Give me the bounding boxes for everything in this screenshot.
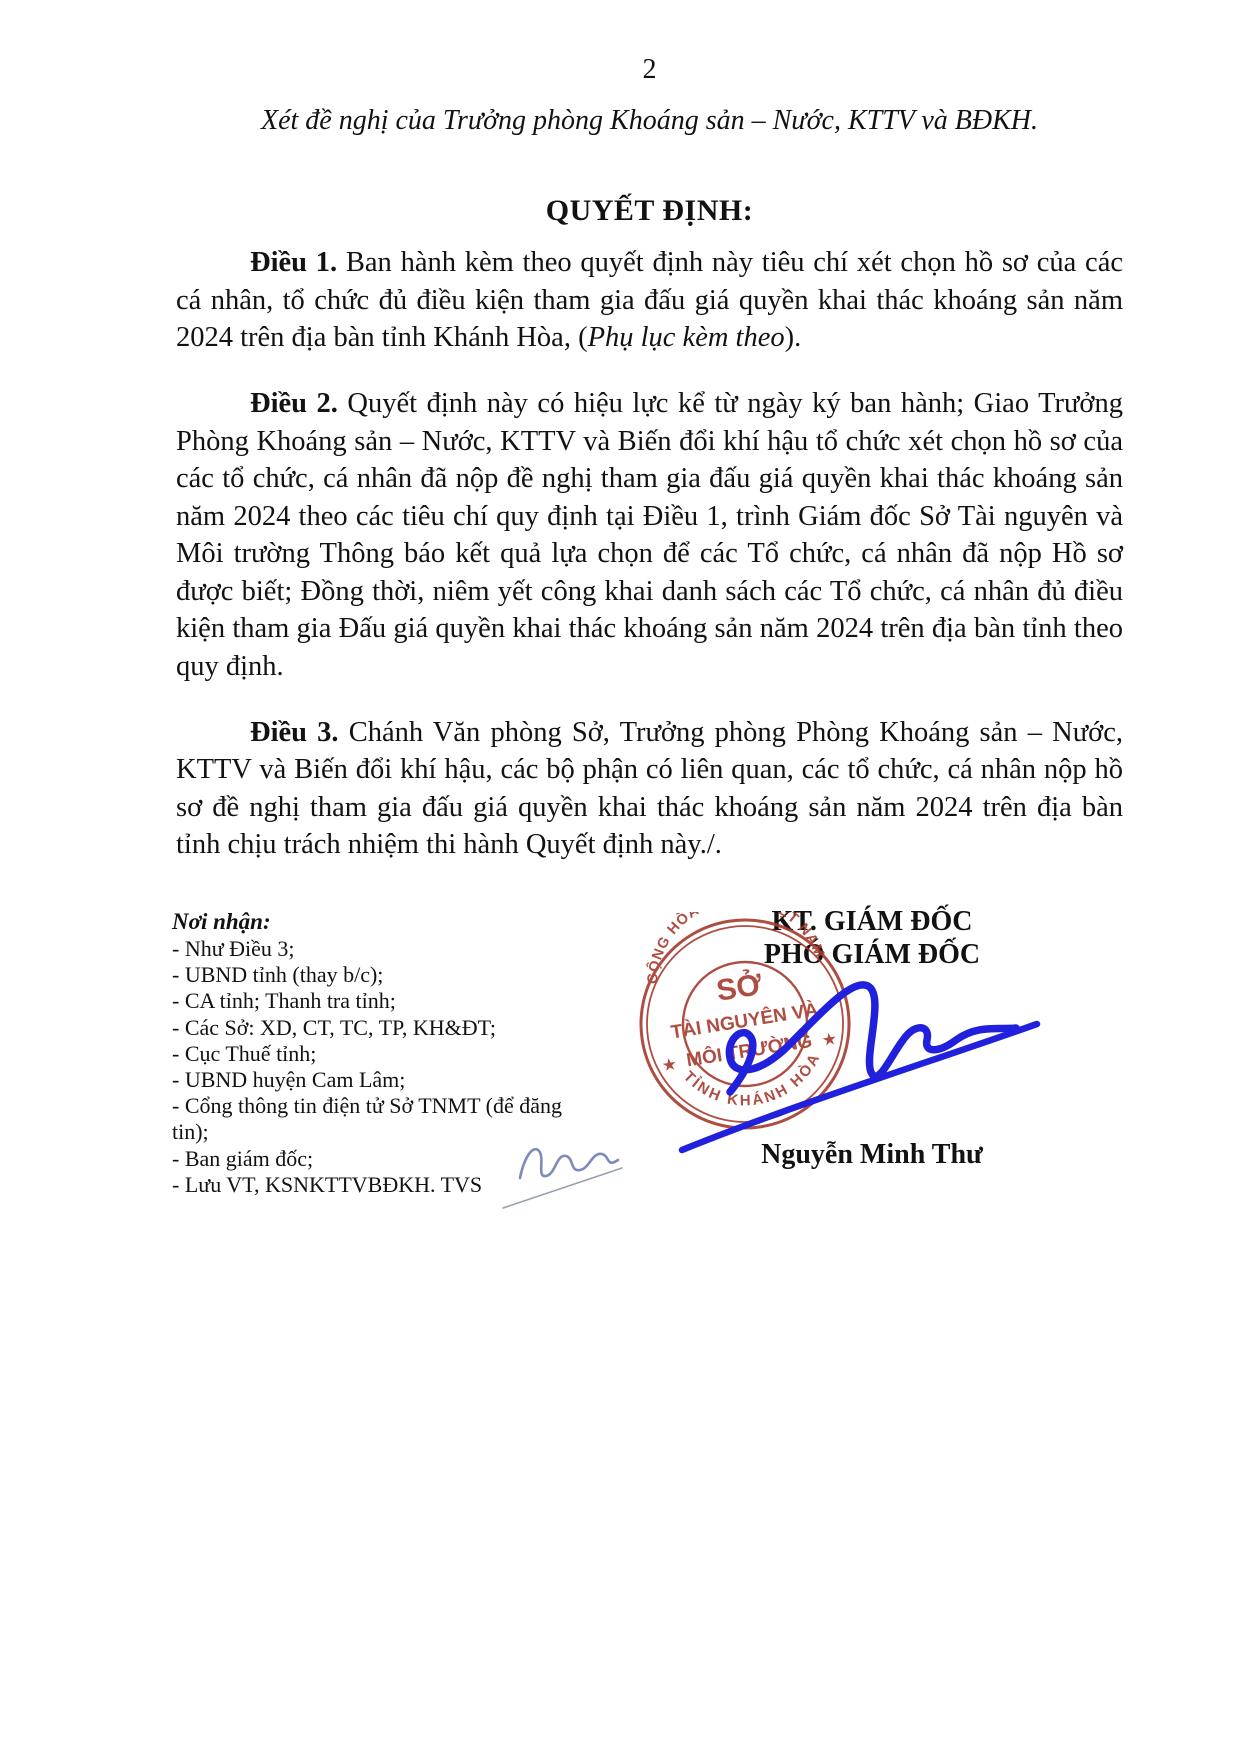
article-1-italic: Phụ lục kèm theo	[588, 322, 785, 353]
document-page: 2 Xét đề nghị của Trưởng phòng Khoáng sả…	[0, 0, 1240, 1755]
article-1-tail: ).	[785, 322, 802, 353]
director-signature-flourish	[729, 985, 1016, 1092]
article-3-label: Điều 3.	[250, 717, 339, 748]
page-number: 2	[176, 54, 1123, 86]
document-body: 2 Xét đề nghị của Trưởng phòng Khoáng sả…	[0, 0, 1240, 864]
article-2: Điều 2. Quyết định này có hiệu lực kể từ…	[176, 385, 1123, 685]
article-1: Điều 1. Ban hành kèm theo quyết định này…	[176, 244, 1123, 357]
article-3: Điều 3. Chánh Văn phòng Sở, Trưởng phòng…	[176, 714, 1123, 864]
article-2-text: Quyết định này có hiệu lực kể từ ngày ký…	[176, 388, 1123, 682]
document-title: QUYẾT ĐỊNH:	[176, 194, 1123, 228]
signatures-overlay	[440, 880, 1060, 1210]
article-2-label: Điều 2.	[250, 388, 338, 419]
article-1-label: Điều 1.	[250, 247, 337, 278]
preamble-line: Xét đề nghị của Trưởng phòng Khoáng sản …	[176, 104, 1123, 138]
